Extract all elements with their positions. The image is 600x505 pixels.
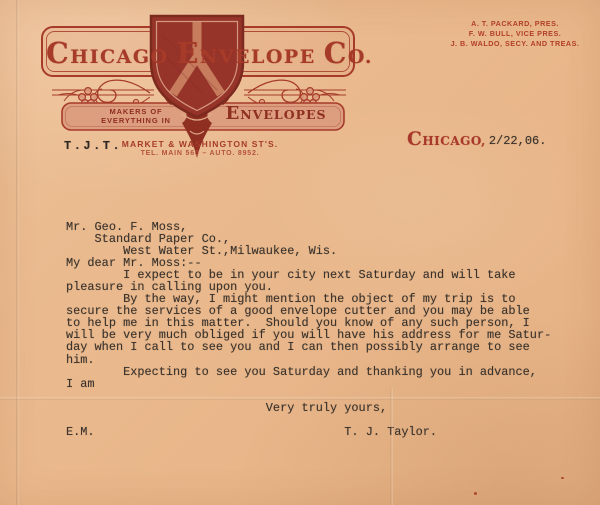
- officer-secretary-treasurer: J. B. Waldo, Secy. and Treas.: [440, 39, 590, 49]
- tagline-makers: Makers of Everything in: [72, 107, 200, 125]
- company-word-envelope: Envelope: [177, 35, 316, 75]
- tagline-line2: Everything in: [72, 116, 200, 125]
- tagline-line1: Makers of: [72, 107, 200, 116]
- street-address: Market & Washington St's.: [100, 139, 300, 149]
- dateline: Chicago,2/22,06.: [407, 129, 546, 150]
- dateline-city: Chicago,: [407, 129, 486, 150]
- ink-speck: [561, 477, 564, 479]
- officer-vice-president: F. W. Bull, Vice Pres.: [440, 29, 590, 39]
- officer-president: A. T. Packard, Pres.: [440, 19, 590, 29]
- fold-crease-left: [16, 0, 19, 505]
- officers-list: A. T. Packard, Pres. F. W. Bull, Vice Pr…: [440, 19, 590, 49]
- phone-line: Tel. Main 560 – Auto. 8952.: [100, 150, 300, 157]
- tagline-envelopes: Envelopes: [222, 104, 330, 124]
- ink-speck: [474, 492, 477, 495]
- company-name: ChicagoEnvelopeCo.: [42, 35, 354, 73]
- letter-body: Mr. Geo. F. Moss, Standard Paper Co., We…: [66, 221, 551, 438]
- dateline-date: 2/22,06.: [489, 134, 547, 148]
- letter-document: ChicagoEnvelopeCo. Makers of Everything …: [0, 0, 600, 505]
- reference-initials: T.J.T.: [64, 139, 122, 153]
- company-word-chicago: Chicago: [46, 35, 169, 75]
- company-word-co: Co.: [324, 35, 373, 75]
